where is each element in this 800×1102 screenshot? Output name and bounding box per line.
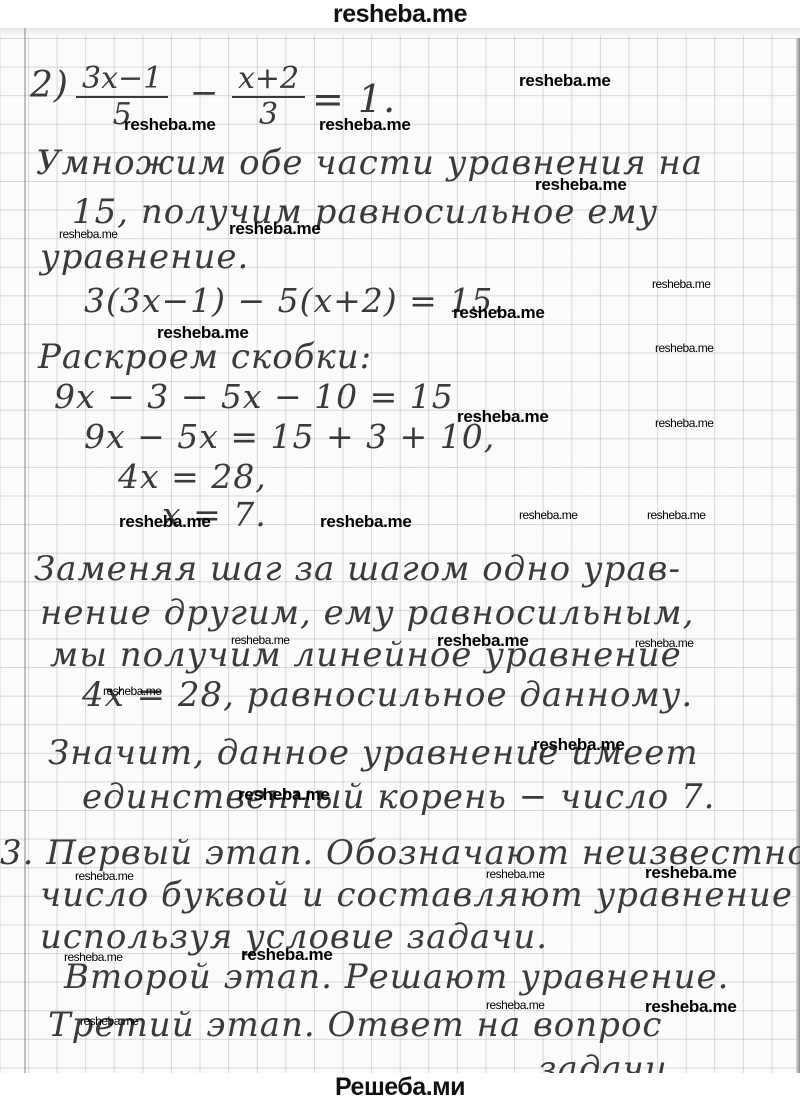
watermark: resheba.me — [655, 342, 713, 354]
text-line: Второй этап. Решают уравнение. — [64, 960, 729, 994]
watermark: resheba.me — [655, 417, 713, 429]
minus-sign: − — [190, 76, 220, 110]
watermark: resheba.me — [486, 868, 544, 880]
site-header: resheba.me — [0, 0, 800, 28]
watermark: resheba.me — [519, 72, 611, 89]
equation-rhs: = 1. — [312, 80, 396, 118]
fraction-1-numerator: 3x−1 — [76, 62, 168, 98]
watermark: resheba.me — [157, 324, 249, 341]
watermark: resheba.me — [59, 228, 117, 240]
watermark: resheba.me — [647, 509, 705, 521]
text-line: Раскроем скобки: — [38, 340, 372, 374]
item-2-label: 2) — [30, 68, 69, 104]
watermark: resheba.me — [320, 513, 412, 530]
math-line: 3(3x−1) − 5(x+2) = 15. — [84, 284, 505, 317]
watermark: resheba.me — [635, 637, 693, 649]
watermark: resheba.me — [238, 786, 330, 803]
watermark: resheba.me — [64, 951, 122, 963]
margin-line — [24, 28, 26, 1073]
math-line: 4x = 28, — [118, 460, 267, 493]
text-line: задачи. — [538, 1052, 680, 1073]
watermark: resheba.me — [229, 220, 321, 237]
watermark: resheba.me — [80, 1015, 138, 1027]
fraction-2-numerator: x+2 — [232, 62, 305, 98]
fraction-2: x+2 3 — [232, 62, 305, 132]
fraction-2-denominator: 3 — [232, 98, 305, 132]
watermark: resheba.me — [453, 304, 545, 321]
text-line: мы получим линейное уравнение — [50, 638, 682, 672]
math-line: 9x − 3 − 5x − 10 = 15 — [54, 380, 454, 413]
watermark: resheba.me — [645, 864, 737, 881]
watermark: resheba.me — [437, 632, 529, 649]
site-footer: Решеба.ми — [0, 1073, 800, 1102]
watermark: resheba.me — [535, 176, 627, 193]
text-line: число буквой и составляют уравнение — [40, 878, 793, 912]
watermark: resheba.me — [75, 870, 133, 882]
text-line: нение другим, ему равносильным, — [40, 596, 694, 630]
watermark: resheba.me — [241, 946, 333, 963]
page-top-shadow — [0, 28, 800, 35]
watermark: resheba.me — [319, 116, 411, 133]
text-line: Третий этап. Ответ на вопрос — [48, 1008, 662, 1042]
watermark: resheba.me — [124, 116, 216, 133]
watermark: resheba.me — [103, 685, 161, 697]
text-line: Заменяя шаг за шагом одно урав- — [34, 552, 681, 586]
text-line: единственный корень − число 7. — [82, 780, 715, 814]
watermark: resheba.me — [119, 513, 211, 530]
watermark: resheba.me — [652, 278, 710, 290]
text-line: 15, получим равносильное ему — [72, 195, 658, 229]
text-line: уравнение. — [40, 240, 249, 274]
watermark: resheba.me — [519, 509, 577, 521]
text-line: 4x = 28, равносильное данному. — [82, 678, 693, 712]
notebook-page: 2) 3x−1 5 − x+2 3 = 1. Умножим обе части… — [0, 28, 800, 1073]
math-line: 9x − 5x = 15 + 3 + 10, — [84, 420, 495, 453]
watermark: resheba.me — [533, 736, 625, 753]
watermark: resheba.me — [645, 998, 737, 1015]
watermark: resheba.me — [457, 408, 549, 425]
page-edge — [796, 38, 800, 1073]
watermark: resheba.me — [486, 999, 544, 1011]
watermark: resheba.me — [231, 634, 289, 646]
